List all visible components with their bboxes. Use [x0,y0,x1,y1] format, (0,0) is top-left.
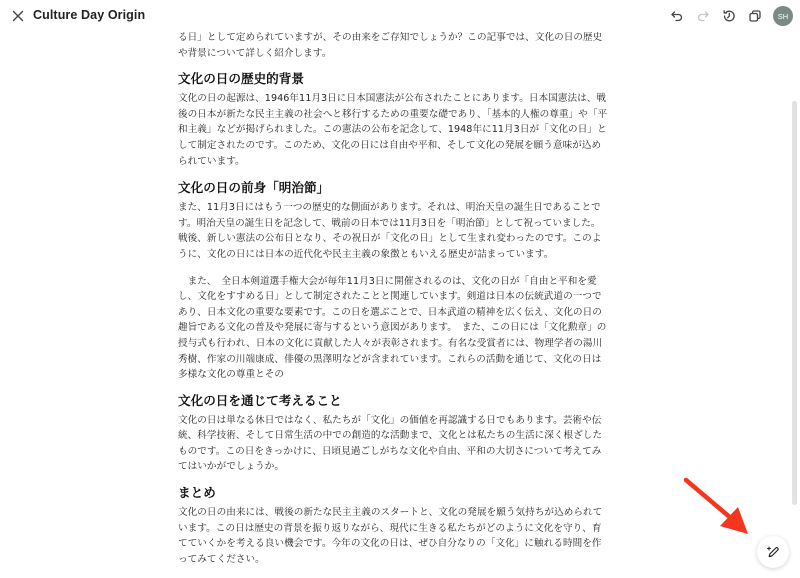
section-heading: 文化の日の歴史的背景 [178,70,610,88]
section-paragraph: 文化の日の由来には、戦後の新たな民主主義のスタートと、文化の発展を願う気持ちが込… [178,505,610,567]
section-heading: まとめ [178,484,610,502]
user-avatar[interactable]: SH [773,6,793,26]
undo-button[interactable] [667,6,687,26]
ai-edit-button[interactable] [757,536,789,568]
section-paragraph: また、11月3日にはもう一つの歴史的な側面があります。それは、明治天皇の誕生日で… [178,200,610,262]
section-heading: 文化の日の前身「明治節」 [178,179,610,197]
magic-pencil-icon [766,545,780,559]
section-heading: 文化の日を通じて考えること [178,392,610,410]
history-icon [722,9,736,23]
redo-icon [696,9,710,23]
document-title: Culture Day Origin [33,8,145,22]
close-icon [12,10,24,22]
section-paragraph: 文化の日は単なる休日ではなく、私たちが「文化」の価値を再認識する日でもあります。… [178,413,610,475]
copy-button[interactable] [745,6,765,26]
annotation-arrow-icon [680,474,752,538]
section-paragraph: 文化の日の起源は、1946年11月3日に日本国憲法が公布されたことにあります。日… [178,91,610,169]
redo-button[interactable] [693,6,713,26]
top-bar: Culture Day Origin SH [0,0,800,32]
section-paragraph: また、 全日本剣道選手権大会が毎年11月3日に開催されるのは、文化の日が「自由と… [178,274,610,383]
close-button[interactable] [8,6,28,26]
document-body: る日」として定められていますが、その由来をご存知でしょうか？この記事では、文化の… [178,30,610,567]
copy-icon [748,9,762,23]
scrollbar-thumb[interactable] [792,101,797,505]
undo-icon [670,9,684,23]
history-button[interactable] [719,6,739,26]
intro-paragraph: る日」として定められていますが、その由来をご存知でしょうか？この記事では、文化の… [178,30,610,61]
